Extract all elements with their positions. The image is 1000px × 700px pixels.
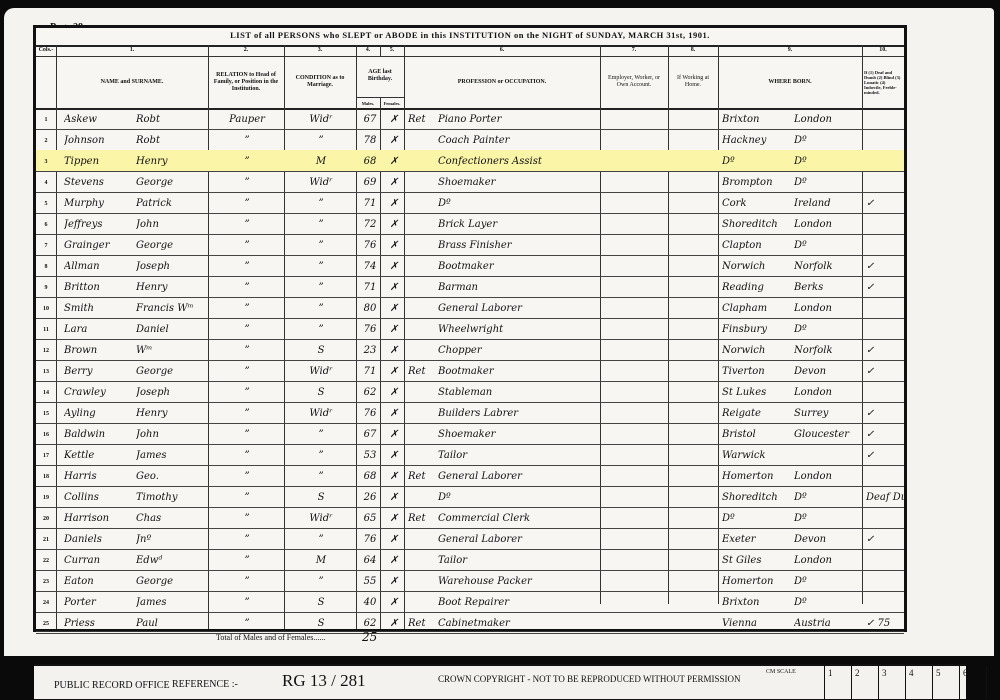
surname-cell: Grainger	[64, 234, 144, 255]
condition-cell: M	[288, 549, 354, 570]
condition-cell: S	[288, 486, 354, 507]
col-num-4: 4.	[356, 45, 380, 56]
header-profession: PROFESSION or OCCUPATION.	[404, 56, 600, 108]
born-county-cell: Devon	[794, 360, 862, 381]
row-number-cell: 24	[36, 591, 56, 612]
sex-mark-cell: ✗	[386, 381, 402, 402]
condition-cell: ”	[288, 129, 354, 150]
forename-cell: John	[136, 213, 206, 234]
surname-cell: Stevens	[64, 171, 144, 192]
born-place-cell: Clapton	[722, 234, 792, 255]
born-county-cell: London	[794, 297, 862, 318]
born-place-cell: Reigate	[722, 402, 792, 423]
born-place-cell: Dº	[722, 507, 792, 528]
col-label: Cols.-	[36, 45, 56, 56]
scale-tick: 4	[905, 666, 932, 699]
born-place-cell: Dº	[722, 150, 792, 171]
row-number-cell: 14	[36, 381, 56, 402]
sex-mark-cell: ✗	[386, 570, 402, 591]
margin-note-cell	[408, 402, 436, 423]
age-male-cell: 80	[360, 297, 380, 318]
surname-cell: Kettle	[64, 444, 144, 465]
reference-label: REFERENCE :-	[172, 679, 238, 690]
margin-note-cell	[408, 171, 436, 192]
row-number-cell: 5	[36, 192, 56, 213]
condition-cell: Widʳ	[288, 402, 354, 423]
infirmity-cell	[866, 108, 904, 129]
table-row: 21DanielsJnº””76✗General LaborerExeterDe…	[36, 528, 904, 550]
age-male-cell: 62	[360, 381, 380, 402]
born-place-cell: Shoreditch	[722, 213, 792, 234]
occupation-cell: Tailor	[438, 444, 598, 465]
sex-mark-cell: ✗	[386, 213, 402, 234]
condition-cell: Widʳ	[288, 171, 354, 192]
forename-cell: Robt	[136, 129, 206, 150]
occupation-cell: Dº	[438, 486, 598, 507]
table-row: 18HarrisGeo.””68✗RetGeneral LaborerHomer…	[36, 465, 904, 487]
relation-cell: ”	[212, 402, 282, 423]
occupation-cell: Coach Painter	[438, 129, 598, 150]
relation-cell: ”	[212, 276, 282, 297]
row-number-cell: 17	[36, 444, 56, 465]
row-number-cell: 3	[36, 150, 56, 171]
surname-cell: Askew	[64, 108, 144, 129]
born-place-cell: Finsbury	[722, 318, 792, 339]
header-where-born: WHERE BORN.	[718, 56, 862, 108]
born-place-cell: Vienna	[722, 612, 792, 633]
infirmity-cell	[866, 234, 904, 255]
relation-cell: ”	[212, 486, 282, 507]
sex-mark-cell: ✗	[386, 549, 402, 570]
margin-note-cell	[408, 549, 436, 570]
table-row: 14CrawleyJoseph”S62✗StablemanSt LukesLon…	[36, 381, 904, 403]
condition-cell: S	[288, 591, 354, 612]
sex-mark-cell: ✗	[386, 402, 402, 423]
age-male-cell: 71	[360, 192, 380, 213]
born-county-cell: Devon	[794, 528, 862, 549]
born-place-cell: Homerton	[722, 465, 792, 486]
margin-note-cell	[408, 528, 436, 549]
age-male-cell: 78	[360, 129, 380, 150]
forename-cell: George	[136, 570, 206, 591]
born-county-cell: London	[794, 549, 862, 570]
condition-cell: ”	[288, 297, 354, 318]
table-row: 8AllmanJoseph””74✗BootmakerNorwichNorfol…	[36, 255, 904, 277]
occupation-cell: Tailor	[438, 549, 598, 570]
col-num-10: 10.	[862, 45, 904, 56]
occupation-cell: Piano Porter	[438, 108, 598, 129]
infirmity-cell: ✓	[866, 339, 904, 360]
sex-mark-cell: ✗	[386, 234, 402, 255]
occupation-cell: Warehouse Packer	[438, 570, 598, 591]
table-row: 9BrittonHenry””71✗BarmanReadingBerks✓	[36, 276, 904, 298]
born-county-cell: Gloucester	[794, 423, 862, 444]
sex-mark-cell: ✗	[386, 507, 402, 528]
col-num-7: 7.	[600, 45, 668, 56]
born-place-cell: Bristol	[722, 423, 792, 444]
relation-cell: ”	[212, 360, 282, 381]
table-row: 22CurranEdwᵈ”M64✗TailorSt GilesLondon	[36, 549, 904, 571]
born-county-cell: Dº	[794, 234, 862, 255]
occupation-cell: Commercial Clerk	[438, 507, 598, 528]
born-place-cell: Exeter	[722, 528, 792, 549]
surname-cell: Porter	[64, 591, 144, 612]
margin-note-cell	[408, 444, 436, 465]
age-male-cell: 67	[360, 108, 380, 129]
infirmity-cell: ✓	[866, 402, 904, 423]
forename-cell: George	[136, 171, 206, 192]
table-row: 23EatonGeorge””55✗Warehouse PackerHomert…	[36, 570, 904, 592]
margin-note-cell	[408, 486, 436, 507]
occupation-cell: Chopper	[438, 339, 598, 360]
row-number-cell: 12	[36, 339, 56, 360]
margin-note-cell	[408, 129, 436, 150]
relation-cell: ”	[212, 129, 282, 150]
table-row: 6JeffreysJohn””72✗Brick LayerShoreditchL…	[36, 213, 904, 235]
table-row: 15AylingHenry”Widʳ76✗Builders LabrerReig…	[36, 402, 904, 424]
occupation-cell: Shoemaker	[438, 171, 598, 192]
scale-tick: 5	[932, 666, 959, 699]
age-male-cell: 53	[360, 444, 380, 465]
born-county-cell: Dº	[794, 507, 862, 528]
condition-cell: S	[288, 381, 354, 402]
total-value: 25	[362, 630, 377, 644]
row-number-cell: 19	[36, 486, 56, 507]
col-num-9: 9.	[718, 45, 862, 56]
row-number-cell: 10	[36, 297, 56, 318]
born-county-cell: Dº	[794, 591, 862, 612]
relation-cell: ”	[212, 234, 282, 255]
margin-note-cell	[408, 591, 436, 612]
surname-cell: Baldwin	[64, 423, 144, 444]
row-number-cell: 1	[36, 108, 56, 129]
born-place-cell: Warwick	[722, 444, 792, 465]
condition-cell: ”	[288, 318, 354, 339]
column-headers: NAME and SURNAME. RELATION to Head of Fa…	[36, 56, 904, 110]
forename-cell: Chas	[136, 507, 206, 528]
table-row: 16BaldwinJohn””67✗ShoemakerBristolGlouce…	[36, 423, 904, 445]
relation-cell: ”	[212, 612, 282, 633]
condition-cell: ”	[288, 192, 354, 213]
sex-mark-cell: ✗	[386, 192, 402, 213]
infirmity-cell: ✓	[866, 444, 904, 465]
header-working-home: If Working at Home.	[668, 56, 718, 108]
header-infirmity: If (1) Deaf and Dumb (2) Blind (3) Lunat…	[862, 56, 904, 108]
table-row: 2JohnsonRobt””78✗Coach PainterHackneyDº	[36, 129, 904, 151]
rule	[380, 45, 381, 56]
relation-cell: ”	[212, 423, 282, 444]
born-place-cell: St Giles	[722, 549, 792, 570]
row-number-cell: 15	[36, 402, 56, 423]
surname-cell: Johnson	[64, 129, 144, 150]
born-place-cell: Hackney	[722, 129, 792, 150]
table-row: 5MurphyPatrick””71✗DºCorkIreland✓	[36, 192, 904, 214]
age-male-cell: 68	[360, 150, 380, 171]
table-row: 17KettleJames””53✗TailorWarwick✓	[36, 444, 904, 466]
infirmity-cell	[866, 465, 904, 486]
born-county-cell: Dº	[794, 171, 862, 192]
infirmity-cell	[866, 129, 904, 150]
infirmity-cell	[866, 381, 904, 402]
row-number-cell: 8	[36, 255, 56, 276]
age-male-cell: 69	[360, 171, 380, 192]
forename-cell: George	[136, 234, 206, 255]
sex-mark-cell: ✗	[386, 171, 402, 192]
surname-cell: Harris	[64, 465, 144, 486]
scale-tick: 3	[878, 666, 905, 699]
sex-mark-cell: ✗	[386, 276, 402, 297]
born-county-cell: Austria	[794, 612, 862, 633]
born-county-cell: London	[794, 213, 862, 234]
born-county-cell: Dº	[794, 486, 862, 507]
born-place-cell: Cork	[722, 192, 792, 213]
sex-mark-cell: ✗	[386, 591, 402, 612]
born-place-cell: Brompton	[722, 171, 792, 192]
condition-cell: ”	[288, 423, 354, 444]
margin-note-cell	[408, 297, 436, 318]
infirmity-cell	[866, 570, 904, 591]
condition-cell: ”	[288, 570, 354, 591]
born-county-cell: London	[794, 381, 862, 402]
table-row: 3TippenHenry”M68✗Confectioners AssistDºD…	[36, 150, 904, 172]
margin-note-cell	[408, 276, 436, 297]
scale-tick: 2	[851, 666, 878, 699]
table-row: 12BrownWᵐ”S23✗ChopperNorwichNorfolk✓	[36, 339, 904, 361]
forename-cell: John	[136, 423, 206, 444]
occupation-cell: Wheelwright	[438, 318, 598, 339]
relation-cell: ”	[212, 549, 282, 570]
col-num-1: 1.	[56, 45, 208, 56]
forename-cell: Henry	[136, 150, 206, 171]
margin-note-cell: Ret	[408, 360, 436, 381]
surname-cell: Ayling	[64, 402, 144, 423]
sex-mark-cell: ✗	[386, 612, 402, 633]
sex-mark-cell: ✗	[386, 318, 402, 339]
copyright-notice: CROWN COPYRIGHT - NOT TO BE REPRODUCED W…	[438, 674, 741, 684]
infirmity-cell: ✓	[866, 423, 904, 444]
sex-mark-cell: ✗	[386, 465, 402, 486]
infirmity-cell	[866, 171, 904, 192]
office-label: PUBLIC RECORD OFFICE	[54, 680, 170, 691]
occupation-cell: Bootmaker	[438, 360, 598, 381]
condition-cell: S	[288, 339, 354, 360]
surname-cell: Tippen	[64, 150, 144, 171]
header-age: AGE last Birthday.	[356, 56, 404, 96]
relation-cell: ”	[212, 297, 282, 318]
occupation-cell: Confectioners Assist	[438, 150, 598, 171]
forename-cell: Wᵐ	[136, 339, 206, 360]
surname-cell: Brown	[64, 339, 144, 360]
sex-mark-cell: ✗	[386, 297, 402, 318]
surname-cell: Lara	[64, 318, 144, 339]
occupation-cell: General Laborer	[438, 528, 598, 549]
table-row: 19CollinsTimothy”S26✗DºShoreditchDºDeaf …	[36, 486, 904, 508]
margin-note-cell: Ret	[408, 465, 436, 486]
forename-cell: James	[136, 444, 206, 465]
surname-cell: Allman	[64, 255, 144, 276]
margin-note-cell	[408, 339, 436, 360]
born-county-cell: Berks	[794, 276, 862, 297]
row-number-cell: 25	[36, 612, 56, 633]
age-male-cell: 76	[360, 402, 380, 423]
margin-note-cell	[408, 381, 436, 402]
infirmity-cell: Deaf Dumb	[866, 486, 904, 507]
margin-note-cell: Ret	[408, 612, 436, 633]
margin-note-cell	[408, 570, 436, 591]
born-county-cell: Norfolk	[794, 255, 862, 276]
born-county-cell	[794, 444, 862, 465]
surname-cell: Harrison	[64, 507, 144, 528]
margin-note-cell	[408, 318, 436, 339]
surname-cell: Berry	[64, 360, 144, 381]
age-male-cell: 72	[360, 213, 380, 234]
surname-cell: Curran	[64, 549, 144, 570]
born-place-cell: Brixton	[722, 108, 792, 129]
sex-mark-cell: ✗	[386, 486, 402, 507]
row-number-cell: 18	[36, 465, 56, 486]
col-num-3: 3.	[284, 45, 356, 56]
margin-note-cell: Ret	[408, 108, 436, 129]
surname-cell: Crawley	[64, 381, 144, 402]
infirmity-cell	[866, 213, 904, 234]
relation-cell: ”	[212, 150, 282, 171]
row-number-cell: 6	[36, 213, 56, 234]
reference-code: RG 13 / 281	[282, 671, 366, 691]
scale-tick: 1	[824, 666, 851, 699]
occupation-cell: Cabinetmaker	[438, 612, 598, 633]
born-county-cell: Dº	[794, 150, 862, 171]
condition-cell: ”	[288, 213, 354, 234]
table-row: 24PorterJames”S40✗Boot RepairerBrixtonDº	[36, 591, 904, 613]
relation-cell: ”	[212, 507, 282, 528]
age-male-cell: 64	[360, 549, 380, 570]
col-num-2: 2.	[208, 45, 284, 56]
forename-cell: Timothy	[136, 486, 206, 507]
relation-cell: ”	[212, 465, 282, 486]
occupation-cell: Builders Labrer	[438, 402, 598, 423]
row-number-cell: 20	[36, 507, 56, 528]
age-male-cell: 65	[360, 507, 380, 528]
surname-cell: Priess	[64, 612, 144, 633]
occupation-cell: Bootmaker	[438, 255, 598, 276]
relation-cell: ”	[212, 528, 282, 549]
infirmity-cell	[866, 150, 904, 171]
born-place-cell: Reading	[722, 276, 792, 297]
sex-mark-cell: ✗	[386, 528, 402, 549]
age-male-cell: 23	[360, 339, 380, 360]
condition-cell: M	[288, 150, 354, 171]
forename-cell: Edwᵈ	[136, 549, 206, 570]
margin-note-cell	[408, 423, 436, 444]
forename-cell: James	[136, 591, 206, 612]
table-row: 13BerryGeorge”Widʳ71✗RetBootmakerTiverto…	[36, 360, 904, 382]
sex-mark-cell: ✗	[386, 444, 402, 465]
margin-note-cell	[408, 192, 436, 213]
born-place-cell: Norwich	[722, 255, 792, 276]
census-form: LIST of all PERSONS who SLEPT or ABODE i…	[33, 25, 907, 632]
surname-cell: Smith	[64, 297, 144, 318]
born-place-cell: Homerton	[722, 570, 792, 591]
age-male-cell: 68	[360, 465, 380, 486]
row-number-cell: 13	[36, 360, 56, 381]
header-relation: RELATION to Head of Family, or Position …	[208, 56, 284, 108]
infirmity-cell	[866, 591, 904, 612]
condition-cell: ”	[288, 444, 354, 465]
forename-cell: Jnº	[136, 528, 206, 549]
sex-mark-cell: ✗	[386, 360, 402, 381]
sex-mark-cell: ✗	[386, 339, 402, 360]
relation-cell: ”	[212, 192, 282, 213]
margin-note-cell: Ret	[408, 507, 436, 528]
archive-footer: PUBLIC RECORD OFFICE REFERENCE :- RG 13 …	[34, 664, 966, 700]
relation-cell: ”	[212, 171, 282, 192]
condition-cell: Widʳ	[288, 360, 354, 381]
row-number-cell: 9	[36, 276, 56, 297]
forename-cell: Robt	[136, 108, 206, 129]
header-condition: CONDITION as to Marriage.	[284, 56, 356, 108]
age-male-cell: 67	[360, 423, 380, 444]
infirmity-cell: ✓	[866, 255, 904, 276]
infirmity-cell: ✓	[866, 360, 904, 381]
age-male-cell: 71	[360, 360, 380, 381]
infirmity-cell: ✓	[866, 528, 904, 549]
sex-mark-cell: ✗	[386, 255, 402, 276]
sex-mark-cell: ✗	[386, 129, 402, 150]
header-name: NAME and SURNAME.	[56, 56, 208, 108]
condition-cell: S	[288, 612, 354, 633]
condition-cell: Widʳ	[288, 507, 354, 528]
forename-cell: Daniel	[136, 318, 206, 339]
surname-cell: Collins	[64, 486, 144, 507]
born-place-cell: Clapham	[722, 297, 792, 318]
age-male-cell: 40	[360, 591, 380, 612]
margin-note-cell	[408, 255, 436, 276]
born-place-cell: Tiverton	[722, 360, 792, 381]
col-num-8: 8.	[668, 45, 718, 56]
infirmity-cell	[866, 507, 904, 528]
table-row: 10SmithFrancis Wᵐ””80✗General LaborerCla…	[36, 297, 904, 319]
margin-note-cell	[408, 150, 436, 171]
forename-cell: Patrick	[136, 192, 206, 213]
row-number-cell: 11	[36, 318, 56, 339]
born-county-cell: Dº	[794, 570, 862, 591]
age-male-cell: 76	[360, 234, 380, 255]
occupation-cell: Brass Finisher	[438, 234, 598, 255]
relation-cell: ”	[212, 444, 282, 465]
col-num-6: 6.	[404, 45, 600, 56]
table-row: 1AskewRobtPauperWidʳ67✗RetPiano PorterBr…	[36, 108, 904, 130]
forename-cell: Paul	[136, 612, 206, 633]
forename-cell: Francis Wᵐ	[136, 297, 206, 318]
relation-cell: ”	[212, 591, 282, 612]
table-row: 11LaraDaniel””76✗WheelwrightFinsburyDº	[36, 318, 904, 340]
table-row: 20HarrisonChas”Widʳ65✗RetCommercial Cler…	[36, 507, 904, 529]
row-number-cell: 2	[36, 129, 56, 150]
relation-cell: Pauper	[212, 108, 282, 129]
born-county-cell: Dº	[794, 318, 862, 339]
relation-cell: ”	[212, 255, 282, 276]
age-male-cell: 76	[360, 528, 380, 549]
age-male-cell: 76	[360, 318, 380, 339]
table-row: 7GraingerGeorge””76✗Brass FinisherClapto…	[36, 234, 904, 256]
relation-cell: ”	[212, 213, 282, 234]
age-male-cell: 74	[360, 255, 380, 276]
surname-cell: Eaton	[64, 570, 144, 591]
scale-label: CM SCALE	[766, 668, 806, 676]
age-male-cell: 55	[360, 570, 380, 591]
relation-cell: ”	[212, 570, 282, 591]
infirmity-cell	[866, 297, 904, 318]
